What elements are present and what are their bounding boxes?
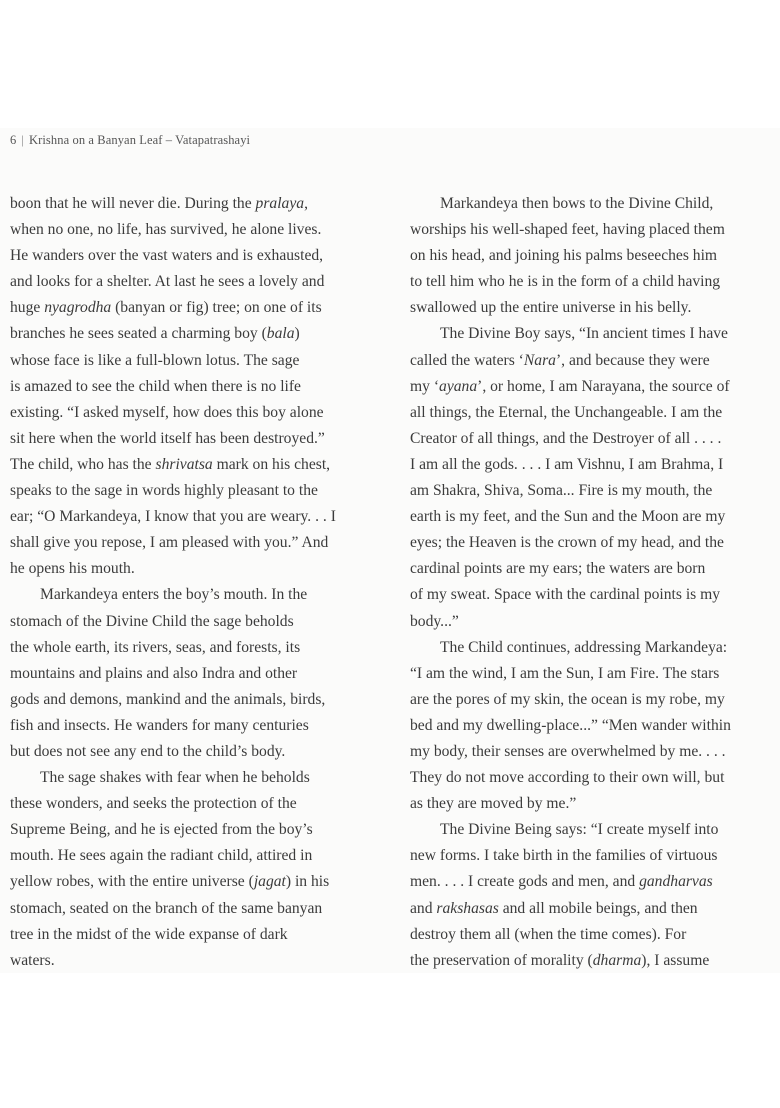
text-line: He wanders over the vast waters and is e… [10,243,382,269]
text-segment: He wanders over the vast waters and is e… [10,247,323,264]
text-line: am Shakra, Shiva, Soma... Fire is my mou… [410,478,776,504]
text-line: body...” [410,609,776,635]
text-segment: existing. “I asked myself, how does this… [10,404,324,421]
text-line: earth is my feet, and the Sun and the Mo… [410,504,776,530]
text-segment: worships his well-shaped feet, having pl… [410,221,725,238]
text-line: the preservation of morality (dharma), I… [410,948,776,974]
text-line: branches he sees seated a charming boy (… [10,321,382,347]
text-segment: and all mobile beings, and then [499,900,698,917]
text-segment: (banyan or fig) tree; on one of its [111,299,321,316]
text-segment: are the pores of my skin, the ocean is m… [410,691,725,708]
italic-term: bala [267,325,295,342]
text-line: on his head, and joining his palms besee… [410,243,776,269]
text-line: men. . . . I create gods and men, and ga… [410,869,776,895]
text-line: new forms. I take birth in the families … [410,843,776,869]
text-line: shall give you repose, I am pleased with… [10,530,382,556]
text-segment: my body, their senses are overwhelmed by… [410,743,726,760]
text-segment: body...” [410,613,459,630]
text-segment: the preservation of morality ( [410,952,593,969]
text-segment: waters. [10,952,55,969]
text-line: my body, their senses are overwhelmed by… [410,739,776,765]
text-line: is amazed to see the child when there is… [10,374,382,400]
text-segment: , [304,195,308,212]
text-segment: “I am the wind, I am the Sun, I am Fire.… [410,665,719,682]
text-segment: on his head, and joining his palms besee… [410,247,717,264]
text-line: all things, the Eternal, the Unchangeabl… [410,400,776,426]
text-line: my ‘ayana’, or home, I am Narayana, the … [410,374,776,400]
text-line: Markandeya enters the boy’s mouth. In th… [10,582,382,608]
text-segment: of my sweat. Space with the cardinal poi… [410,586,720,603]
text-line: gods and demons, mankind and the animals… [10,687,382,713]
text-segment: Markandeya then bows to the Divine Child… [440,195,713,212]
text-segment: ) [295,325,300,342]
text-line: to tell him who he is in the form of a c… [410,269,776,295]
text-line: The child, who has the shrivatsa mark on… [10,452,382,478]
text-segment: ), I assume [641,952,709,969]
text-line: sit here when the world itself has been … [10,426,382,452]
text-line: mouth. He sees again the radiant child, … [10,843,382,869]
text-segment: when no one, no life, has survived, he a… [10,221,321,238]
text-segment: Creator of all things, and the Destroyer… [410,430,721,447]
italic-term: shrivatsa [156,456,213,473]
text-segment: to tell him who he is in the form of a c… [410,273,720,290]
text-line: boon that he will never die. During the … [10,191,382,217]
text-segment: The Divine Boy says, “In ancient times I… [440,325,728,342]
text-line: and rakshasas and all mobile beings, and… [410,896,776,922]
text-segment: Supreme Being, and he is ejected from th… [10,821,313,838]
text-line: Supreme Being, and he is ejected from th… [10,817,382,843]
header-separator: | [21,133,24,148]
italic-term: pralaya [256,195,305,212]
text-segment: huge [10,299,44,316]
text-segment: and looks for a shelter. At last he sees… [10,273,324,290]
text-segment: ear; “O Markandeya, I know that you are … [10,508,336,525]
text-line: worships his well-shaped feet, having pl… [410,217,776,243]
text-line: Creator of all things, and the Destroyer… [410,426,776,452]
text-segment: these wonders, and seeks the protection … [10,795,297,812]
text-segment: gods and demons, mankind and the animals… [10,691,325,708]
page-number: 6 [10,133,16,147]
text-segment: is amazed to see the child when there is… [10,378,301,395]
italic-term: ayana [439,378,477,395]
text-line: fish and insects. He wanders for many ce… [10,713,382,739]
text-segment: he opens his mouth. [10,560,135,577]
text-line: swallowed up the entire universe in his … [410,295,776,321]
text-segment: fish and insects. He wanders for many ce… [10,717,309,734]
text-segment: The Child continues, addressing Markande… [440,639,727,656]
text-line: mountains and plains and also Indra and … [10,661,382,687]
text-segment: The sage shakes with fear when he behold… [40,769,310,786]
text-line: the whole earth, its rivers, seas, and f… [10,635,382,661]
text-line: The Divine Being says: “I create myself … [410,817,776,843]
text-line: bed and my dwelling-place...” “Men wande… [410,713,776,739]
text-segment: mark on his chest, [213,456,330,473]
text-segment: destroy them all (when the time comes). … [410,926,686,943]
text-segment: sit here when the world itself has been … [10,430,325,447]
text-line: tree in the midst of the wide expanse of… [10,922,382,948]
text-segment: They do not move according to their own … [410,769,724,786]
text-line: destroy them all (when the time comes). … [410,922,776,948]
text-line: waters. [10,948,382,974]
text-segment: The Divine Being says: “I create myself … [440,821,718,838]
text-line: “I am the wind, I am the Sun, I am Fire.… [410,661,776,687]
text-segment: cardinal points are my ears; the waters … [410,560,705,577]
text-line: speaks to the sage in words highly pleas… [10,478,382,504]
text-segment: the whole earth, its rivers, seas, and f… [10,639,300,656]
text-segment: branches he sees seated a charming boy ( [10,325,267,342]
text-segment: shall give you repose, I am pleased with… [10,534,328,551]
right-text-column: Markandeya then bows to the Divine Child… [410,191,776,974]
text-line: existing. “I asked myself, how does this… [10,400,382,426]
text-segment: swallowed up the entire universe in his … [410,299,691,316]
text-line: huge nyagrodha (banyan or fig) tree; on … [10,295,382,321]
text-line: The Divine Boy says, “In ancient times I… [410,321,776,347]
text-segment: I am all the gods. . . . I am Vishnu, I … [410,456,723,473]
text-segment: ’, or home, I am Narayana, the source of [477,378,729,395]
text-segment: speaks to the sage in words highly pleas… [10,482,318,499]
text-line: Markandeya then bows to the Divine Child… [410,191,776,217]
text-segment: Markandeya enters the boy’s mouth. In th… [40,586,307,603]
text-line: he opens his mouth. [10,556,382,582]
text-segment: earth is my feet, and the Sun and the Mo… [410,508,725,525]
text-line: The sage shakes with fear when he behold… [10,765,382,791]
italic-term: jagat [254,873,286,890]
text-line: The Child continues, addressing Markande… [410,635,776,661]
text-segment: my ‘ [410,378,439,395]
italic-term: rakshasas [436,900,498,917]
text-segment: ’, and because they were [556,352,710,369]
text-segment: yellow robes, with the entire universe ( [10,873,254,890]
text-line: whose face is like a full-blown lotus. T… [10,348,382,374]
text-segment: tree in the midst of the wide expanse of… [10,926,288,943]
text-line: these wonders, and seeks the protection … [10,791,382,817]
text-line: but does not see any end to the child’s … [10,739,382,765]
text-line: stomach of the Divine Child the sage beh… [10,609,382,635]
text-line: yellow robes, with the entire universe (… [10,869,382,895]
text-segment: called the waters ‘ [410,352,524,369]
italic-term: dharma [593,952,642,969]
text-segment: The child, who has the [10,456,156,473]
left-text-column: boon that he will never die. During the … [10,191,382,974]
text-line: when no one, no life, has survived, he a… [10,217,382,243]
text-line: stomach, seated on the branch of the sam… [10,896,382,922]
text-line: They do not move according to their own … [410,765,776,791]
text-line: called the waters ‘Nara’, and because th… [410,348,776,374]
text-segment: but does not see any end to the child’s … [10,743,285,760]
running-title: Krishna on a Banyan Leaf – Vatapatrashay… [29,133,250,147]
italic-term: nyagrodha [44,299,111,316]
text-segment: mountains and plains and also Indra and … [10,665,297,682]
text-line: cardinal points are my ears; the waters … [410,556,776,582]
text-segment: new forms. I take birth in the families … [410,847,717,864]
text-segment: as they are moved by me.” [410,795,576,812]
italic-term: gandharvas [639,873,713,890]
text-line: ear; “O Markandeya, I know that you are … [10,504,382,530]
text-line: and looks for a shelter. At last he sees… [10,269,382,295]
text-line: eyes; the Heaven is the crown of my head… [410,530,776,556]
text-segment: all things, the Eternal, the Unchangeabl… [410,404,722,421]
text-segment: bed and my dwelling-place...” “Men wande… [410,717,731,734]
text-segment: and [410,900,436,917]
italic-term: Nara [524,352,556,369]
running-head: 6|Krishna on a Banyan Leaf – Vatapatrash… [10,133,250,148]
text-segment: men. . . . I create gods and men, and [410,873,639,890]
text-line: of my sweat. Space with the cardinal poi… [410,582,776,608]
text-segment: am Shakra, Shiva, Soma... Fire is my mou… [410,482,712,499]
text-segment: stomach, seated on the branch of the sam… [10,900,322,917]
text-line: as they are moved by me.” [410,791,776,817]
text-segment: stomach of the Divine Child the sage beh… [10,613,294,630]
text-segment: mouth. He sees again the radiant child, … [10,847,312,864]
text-segment: ) in his [286,873,329,890]
text-segment: eyes; the Heaven is the crown of my head… [410,534,724,551]
text-line: I am all the gods. . . . I am Vishnu, I … [410,452,776,478]
text-line: are the pores of my skin, the ocean is m… [410,687,776,713]
text-segment: boon that he will never die. During the [10,195,256,212]
text-segment: whose face is like a full-blown lotus. T… [10,352,299,369]
